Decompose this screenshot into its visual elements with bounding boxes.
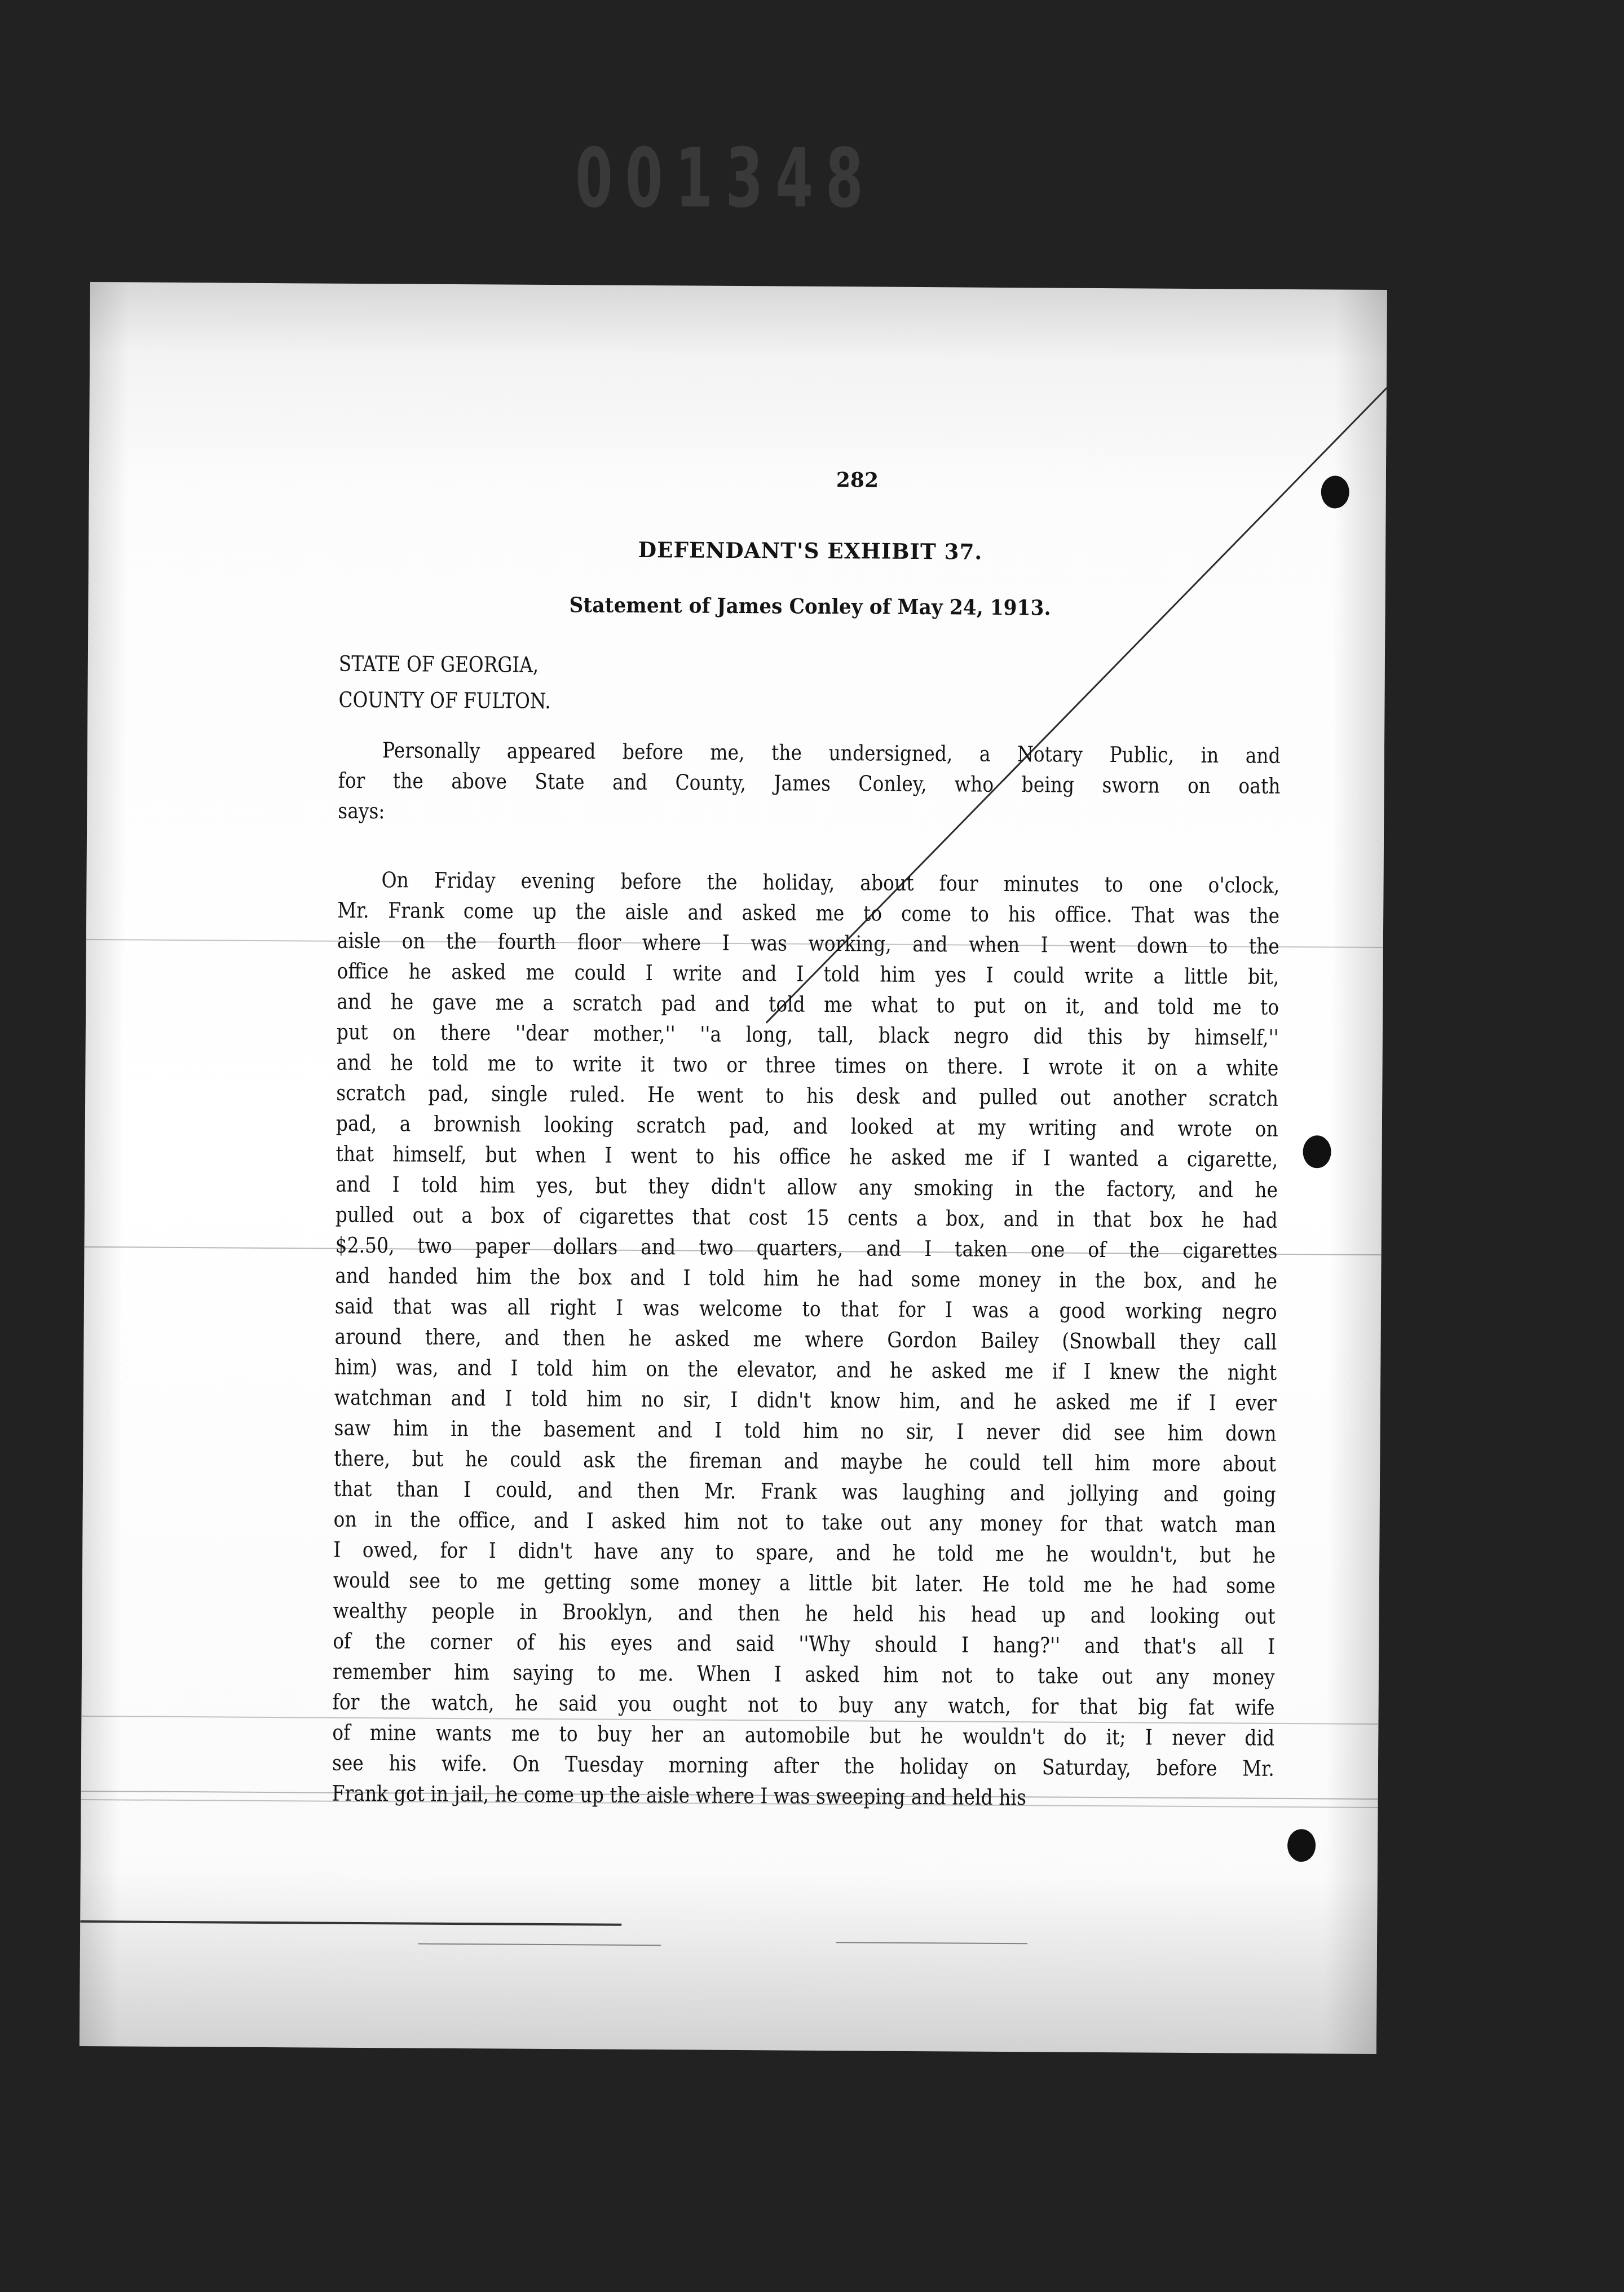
scan-line xyxy=(836,1942,1027,1944)
document-body: 282 DEFENDANT'S EXHIBIT 37. Statement of… xyxy=(341,284,1283,289)
scan-line xyxy=(80,1920,621,1926)
venue-state: STATE OF GEORGIA, xyxy=(339,651,539,677)
scan-line xyxy=(418,1943,661,1946)
text-line: Frank got in jail, he come up the aisle … xyxy=(332,1778,1274,1814)
venue-county: COUNTY OF FULTON. xyxy=(338,687,551,713)
statement-title: Statement of James Conley of May 24, 191… xyxy=(372,591,1248,621)
paragraph-oath: Personally appeared before me, the under… xyxy=(338,735,1281,832)
binder-hole-icon xyxy=(1321,475,1349,508)
exhibit-title: DEFENDANT'S EXHIBIT 37. xyxy=(349,535,1272,566)
binder-hole-icon xyxy=(1287,1829,1316,1862)
text-line: for the above State and County, James Co… xyxy=(338,765,1280,801)
binder-hole-icon xyxy=(1303,1135,1331,1168)
page-number: 282 xyxy=(836,468,879,492)
text-line: says: xyxy=(338,796,1280,832)
document-page: 282 DEFENDANT'S EXHIBIT 37. Statement of… xyxy=(80,282,1387,2054)
paragraph-statement: On Friday evening before the holiday, ab… xyxy=(332,865,1279,1814)
microfilm-frame-number: 001348 xyxy=(575,131,876,226)
